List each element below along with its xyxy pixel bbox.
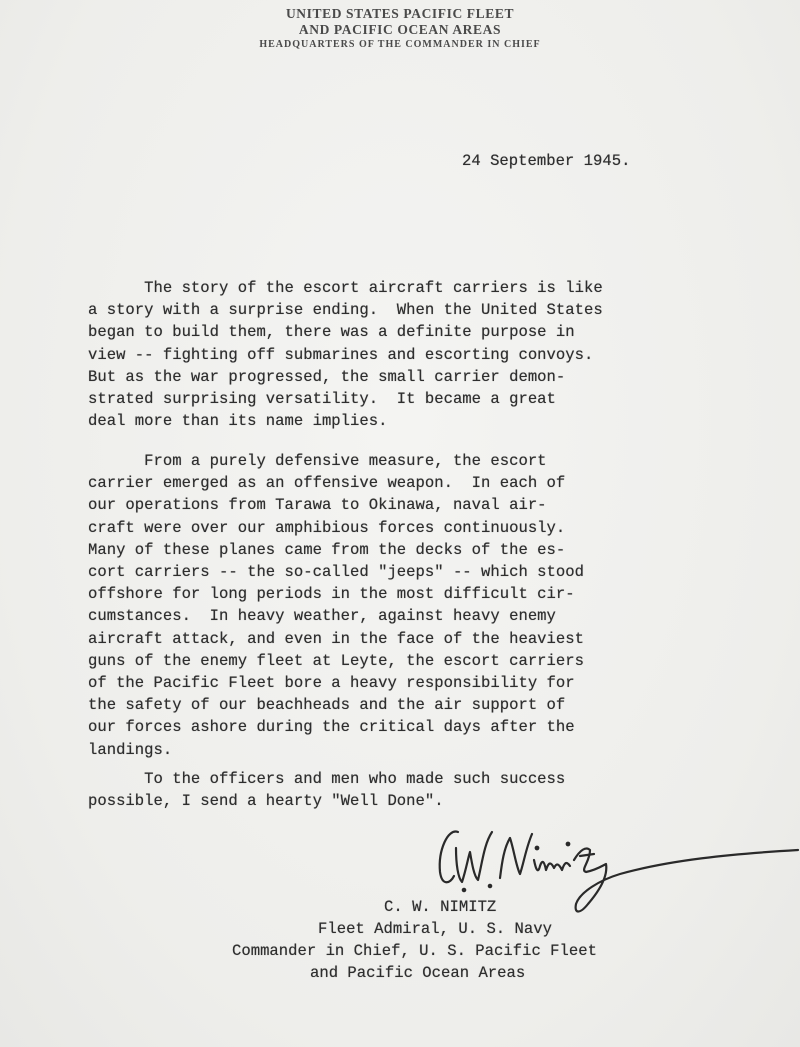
paragraph-2: From a purely defensive measure, the esc… (88, 450, 584, 761)
letterhead-line-3: HEADQUARTERS OF THE COMMANDER IN CHIEF (200, 38, 600, 52)
letterhead: UNITED STATES PACIFIC FLEET AND PACIFIC … (200, 6, 600, 52)
letter-page: UNITED STATES PACIFIC FLEET AND PACIFIC … (0, 0, 800, 1047)
letterhead-line-2: AND PACIFIC OCEAN AREAS (200, 22, 600, 38)
signature-block: C. W. NIMITZ Fleet Admiral, U. S. Navy C… (0, 896, 800, 1029)
letterhead-line-1: UNITED STATES PACIFIC FLEET (200, 6, 600, 22)
letter-date: 24 September 1945. (462, 150, 630, 172)
signer-title-3: and Pacific Ocean Areas (310, 962, 525, 984)
paragraph-3: To the officers and men who made such su… (88, 768, 565, 812)
signer-title-1: Fleet Admiral, U. S. Navy (318, 918, 552, 940)
signer-name: C. W. NIMITZ (384, 896, 496, 918)
paragraph-1: The story of the escort aircraft carrier… (88, 277, 603, 432)
signer-title-2: Commander in Chief, U. S. Pacific Fleet (232, 940, 597, 962)
